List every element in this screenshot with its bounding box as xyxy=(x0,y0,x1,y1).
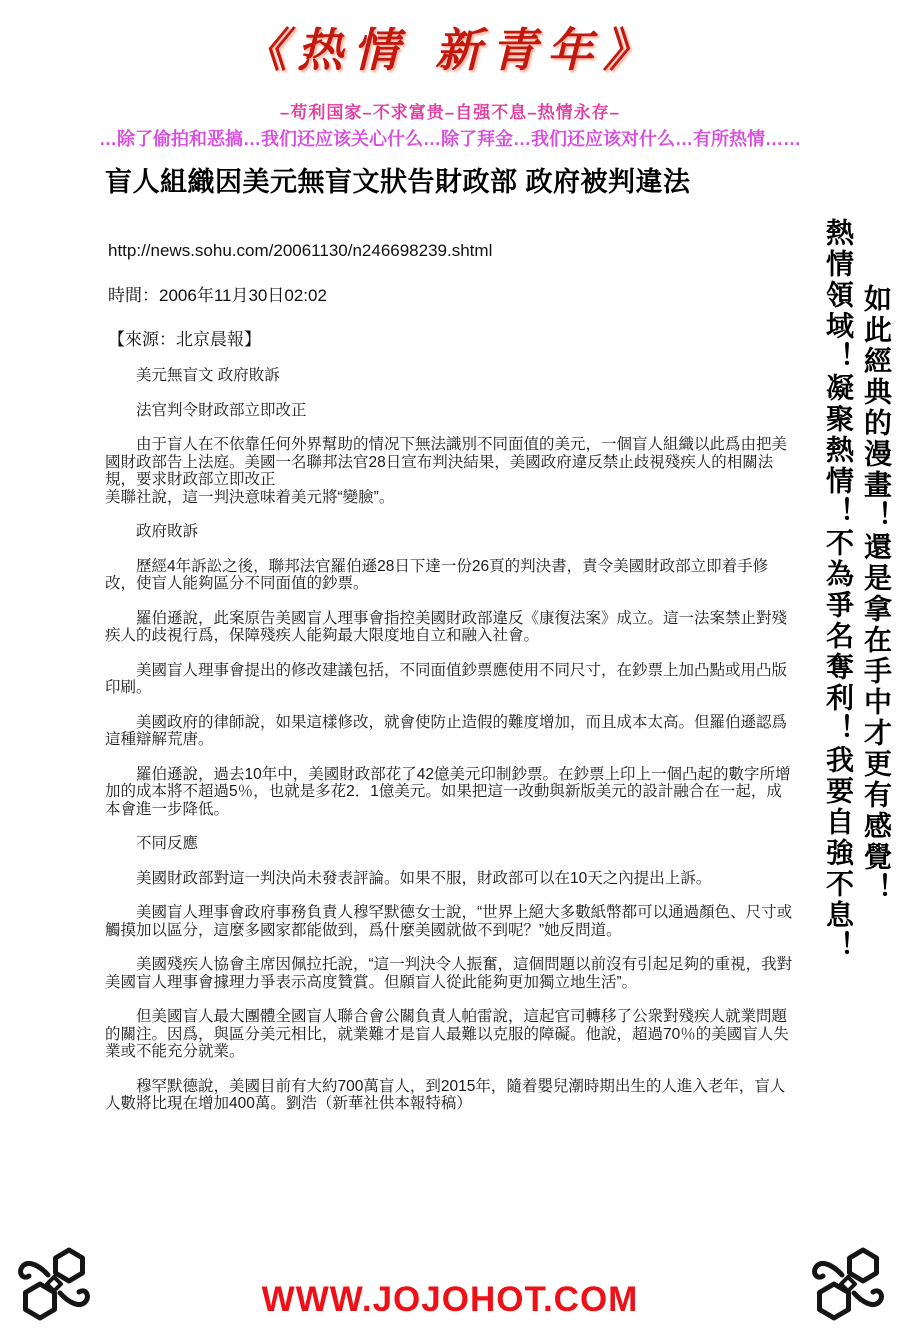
section-subhead: 美元無盲文 政府敗訴 xyxy=(105,367,797,385)
article-paragraphs: 美元無盲文 政府敗訴法官判令財政部立即改正由于盲人在不依靠任何外界幫助的情况下無… xyxy=(105,367,797,1113)
article: 盲人組織因美元無盲文狀告財政部 政府被判違法 http://news.sohu.… xyxy=(105,160,797,1130)
article-source-label: 【來源：北京晨報】 xyxy=(108,325,797,350)
vertical-slogan: 如此經典的漫畫！還是拿在手中才更有感覺！ 熱情領域！凝聚熱情！不為爭名奪利！我要… xyxy=(818,218,894,962)
masthead-title: 《热情 新青年》 xyxy=(0,14,900,80)
vertical-slogan-inner-column: 如此經典的漫畫！還是拿在手中才更有感覺！ xyxy=(856,218,894,962)
masthead-slogan-line2: …除了偷拍和恶搞…我们还应该关心什么…除了拜金…我们还应该对什么…有所热情…… xyxy=(0,125,900,151)
masthead-slogan-line1: –苟利国家–不求富贵–自强不息–热情永存– xyxy=(0,98,900,123)
article-timestamp: 時間：2006年11月30日02:02 xyxy=(108,281,797,306)
article-paragraph: 美國財政部對這一判決尚未發表評論。如果不服，財政部可以在10天之內提出上訴。 xyxy=(105,870,797,888)
article-paragraph: 美國盲人理事會政府事務負責人穆罕默德女士說，“世界上絕大多數紙幣都可以通過顏色、… xyxy=(105,904,797,939)
website-url: WWW.JOJOHOT.COM xyxy=(0,1280,900,1320)
section-subhead: 不同反應 xyxy=(105,835,797,853)
article-source-url: http://news.sohu.com/20061130/n246698239… xyxy=(108,241,797,261)
masthead: 《热情 新青年》 –苟利国家–不求富贵–自强不息–热情永存– …除了偷拍和恶搞…… xyxy=(0,14,900,151)
article-paragraph: 美聯社說，這一判決意味着美元將“變臉”。 xyxy=(105,489,797,507)
scanned-page: 《热情 新青年》 –苟利国家–不求富贵–自强不息–热情永存– …除了偷拍和恶搞…… xyxy=(0,0,900,1336)
article-headline: 盲人組織因美元無盲文狀告財政部 政府被判違法 xyxy=(105,160,797,199)
vertical-slogan-outer-column: 熱情領域！凝聚熱情！不為爭名奪利！我要自強不息！ xyxy=(818,218,856,962)
article-paragraph: 美國盲人理事會提出的修改建議包括，不同面值鈔票應使用不同尺寸，在鈔票上加凸點或用… xyxy=(105,662,797,697)
article-paragraph: 羅伯遜說，過去10年中，美國財政部花了42億美元印制鈔票。在鈔票上印上一個凸起的… xyxy=(105,766,797,819)
section-subhead: 法官判令財政部立即改正 xyxy=(105,402,797,420)
article-paragraph: 由于盲人在不依靠任何外界幫助的情况下無法識別不同面值的美元，一個盲人組織以此爲由… xyxy=(105,436,797,489)
article-paragraph: 但美國盲人最大團體全國盲人聯合會公關負責人帕雷說，這起官司轉移了公衆對殘疾人就業… xyxy=(105,1008,797,1061)
article-paragraph: 美國殘疾人協會主席因佩拉托說，“這一判決令人振奮，這個問題以前沒有引起足夠的重視… xyxy=(105,956,797,991)
article-paragraph: 歷經4年訴訟之後，聯邦法官羅伯遜28日下達一份26頁的判決書，責令美國財政部立即… xyxy=(105,558,797,593)
article-paragraph: 穆罕默德說，美國目前有大約700萬盲人，到2015年，隨着嬰兒潮時期出生的人進入… xyxy=(105,1078,797,1113)
article-paragraph: 美國政府的律師說，如果這樣修改，就會使防止造假的難度增加，而且成本太高。但羅伯遜… xyxy=(105,714,797,749)
article-paragraph: 羅伯遜說，此案原告美國盲人理事會指控美國財政部違反《康復法案》成立。這一法案禁止… xyxy=(105,610,797,645)
section-subhead: 政府敗訴 xyxy=(105,523,797,541)
